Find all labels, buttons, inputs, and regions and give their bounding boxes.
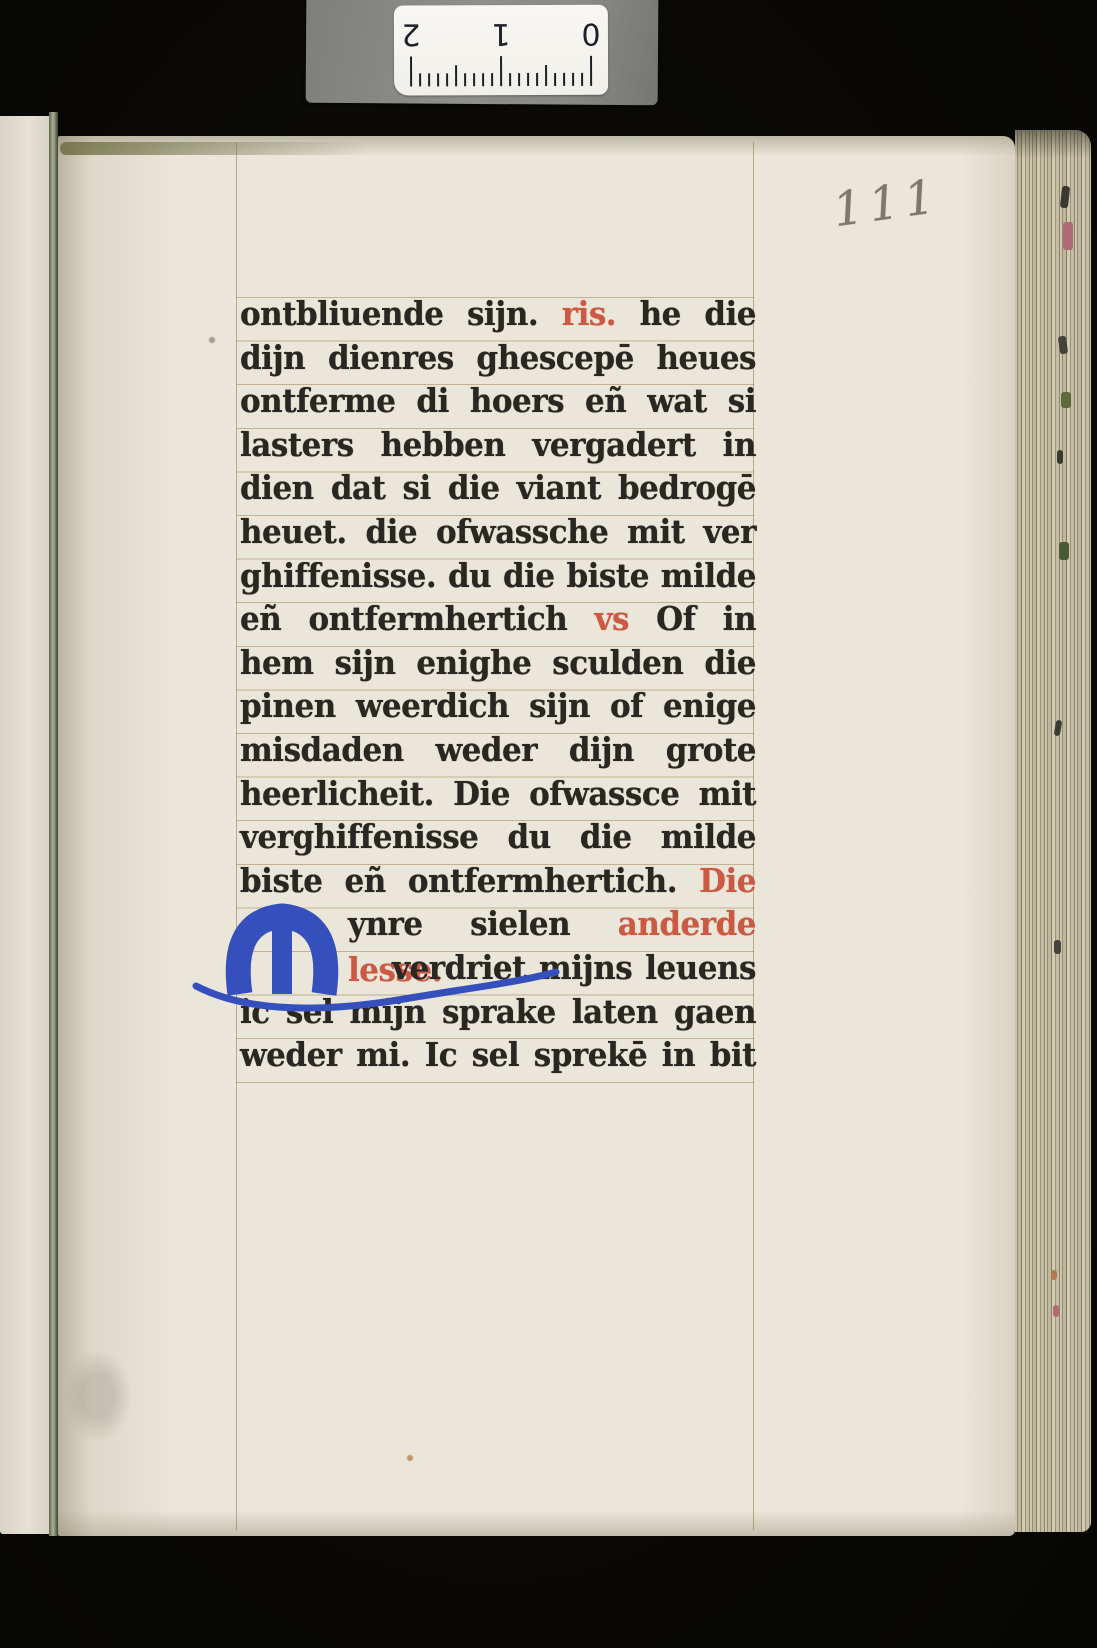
text-segment-ink: heuet. die ofwassche mit ver xyxy=(240,514,756,551)
fore-edge-green-mark xyxy=(1061,392,1071,408)
text-line: dijn dienres ghescepē heues xyxy=(240,337,756,382)
fore-edge-ink-mark xyxy=(1057,450,1063,464)
text-segment-ink: dijn dienres ghescepē heues xyxy=(240,340,756,377)
ruler-tick xyxy=(554,73,556,86)
ruler-tick xyxy=(455,65,457,86)
text-segment-ink: ghiffenisse. du die biste milde xyxy=(240,558,756,595)
text-segment-ink: Of in xyxy=(656,601,756,638)
ruler-tick xyxy=(581,73,583,86)
ruler-tick xyxy=(509,73,511,86)
fore-edge-top-shade xyxy=(1015,130,1091,158)
ruler-tick xyxy=(563,73,565,86)
photograph-of-manuscript: { "ruler": { "numbers": ["2", "1", "0"],… xyxy=(0,0,1097,1648)
ruler-tab: 210 xyxy=(306,0,659,105)
text-segment-ink: hem sijn enighe sculden die xyxy=(240,645,756,682)
text-segment-ink: misdaden weder dijn grote xyxy=(240,732,756,769)
fore-edge-orange-mark xyxy=(1051,1270,1057,1280)
text-line: lasters hebben vergadert in xyxy=(240,424,756,469)
ruler-tick xyxy=(437,73,439,86)
folio-number: 111 xyxy=(830,169,944,238)
ruler-number: 2 xyxy=(400,16,422,51)
text-segment-ink: verghiffenisse du die milde xyxy=(240,819,756,856)
text-segment-ink: ontbliuende sijn. xyxy=(240,296,538,333)
ruler-sticker: 210 xyxy=(394,5,608,96)
ruler-tick xyxy=(482,73,484,86)
text-line: misdaden weder dijn grote xyxy=(240,729,756,774)
text-segment-ink: ontferme di hoers eñ wat si xyxy=(240,383,756,420)
ruler-tick xyxy=(536,73,538,86)
ruler-number: 0 xyxy=(580,16,602,51)
ruler-tick xyxy=(473,73,475,86)
ruler-ticks: 210 xyxy=(410,12,594,87)
text-segment-ink: weder mi. Ic sel sprekē in bit xyxy=(240,1037,756,1074)
ruler-tick xyxy=(428,73,430,86)
facing-page-edge xyxy=(0,116,50,1534)
fore-edge-ink-mark xyxy=(1060,186,1070,209)
text-segment-ink: he die xyxy=(640,296,756,333)
page-top-edge-stain xyxy=(60,142,370,155)
ruler-tick xyxy=(410,56,412,86)
ruler-tick xyxy=(572,73,574,86)
ruler-tick xyxy=(464,73,466,86)
fore-edge-rose-mark xyxy=(1063,222,1073,250)
text-segment-ink: dien dat si die viant bedrogē xyxy=(240,470,756,507)
ruler-tick xyxy=(527,73,529,86)
text-line: heerlicheit. Die ofwassce mit xyxy=(240,773,756,818)
ruler-tick xyxy=(518,73,520,86)
manuscript-page: 111 ontbliuende sijn. ris. he diedijn di… xyxy=(58,136,1015,1536)
text-line: ontbliuende sijn. ris. he die xyxy=(240,293,756,338)
ruler-number: 1 xyxy=(490,16,512,51)
text-segment-ink: pinen weerdich sijn of enige xyxy=(240,688,756,725)
fore-edge-green-mark xyxy=(1059,542,1069,560)
text-line: ontferme di hoers eñ wat si xyxy=(240,380,756,425)
text-line: weder mi. Ic sel sprekē in bit xyxy=(240,1034,756,1079)
text-line: eñ ontfermhertich vs Of in xyxy=(240,598,756,643)
text-line: pinen weerdich sijn of enige xyxy=(240,685,756,730)
text-line: heuet. die ofwassche mit ver xyxy=(240,511,756,556)
ruler-tick xyxy=(500,56,502,86)
text-segment-ink: lasters hebben vergadert in xyxy=(240,427,756,464)
fore-edge-rose-mark xyxy=(1053,1305,1059,1317)
ruler-tick xyxy=(491,73,493,86)
ruler-tick xyxy=(590,56,592,86)
gutter-seam xyxy=(49,112,58,1536)
fore-edge-ink-mark xyxy=(1054,720,1063,737)
ruler-tick xyxy=(446,73,448,86)
fore-edge-ink-mark xyxy=(1058,336,1068,355)
text-line: ghiffenisse. du die biste milde xyxy=(240,555,756,600)
text-line: dien dat si die viant bedrogē xyxy=(240,467,756,512)
text-segment-red: ris. xyxy=(562,296,616,333)
initial-m: M xyxy=(190,894,570,1026)
text-segment-red: vs xyxy=(595,601,629,638)
text-segment-red: Die xyxy=(699,863,756,900)
ruler-tick xyxy=(419,73,421,86)
ruler-tick xyxy=(545,65,547,86)
text-segment-ink: heerlicheit. Die ofwassce mit xyxy=(240,776,756,813)
fore-edge xyxy=(1015,130,1091,1532)
text-segment-ink: eñ ontfermhertich xyxy=(240,601,567,638)
text-line: verghiffenisse du die milde xyxy=(240,816,756,861)
fore-edge-ink-mark xyxy=(1054,940,1061,954)
text-line: hem sijn enighe sculden die xyxy=(240,642,756,687)
